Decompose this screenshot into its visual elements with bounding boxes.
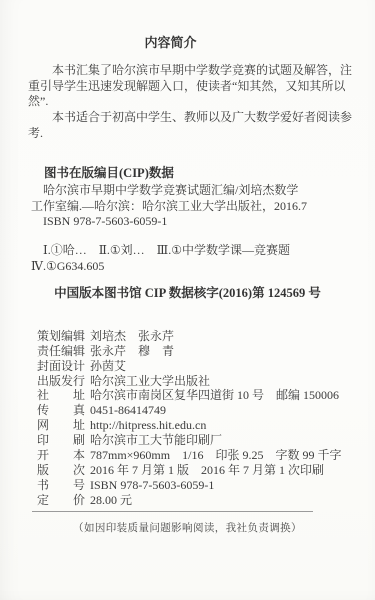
colophon-value: 刘培杰 张永芹: [90, 329, 174, 344]
colophon-value: 哈尔滨市南岗区复华四道街 10 号 邮编 150006: [90, 388, 339, 403]
colophon-value: 2016 年 7 月第 1 版 2016 年 7 月第 1 次印刷: [90, 463, 324, 478]
colophon-value: http://hitpress.hit.edu.cn: [90, 418, 206, 433]
colophon-row: 开 本 787mm×960mm 1/16 印张 9.25 字数 99 千字: [37, 448, 375, 463]
cip-header: 图书在版编目(CIP)数据: [31, 165, 375, 181]
intro-line: 重引导学生迅速发现解题入口，使读者“知其然，又知其所以: [28, 79, 375, 95]
colophon-label: 责任编辑: [37, 344, 85, 359]
cip-classification: Ⅰ.①哈… Ⅱ.①刘… Ⅲ.①中学数学课—竞赛题 Ⅳ.①G634.605: [31, 243, 375, 274]
cip-classification-line: Ⅰ.①哈… Ⅱ.①刘… Ⅲ.①中学数学课—竞赛题: [31, 243, 375, 258]
cip-classification-line: Ⅳ.①G634.605: [31, 259, 375, 274]
colophon-row: 定 价 28.00 元: [37, 493, 375, 508]
intro-paragraphs: 本书汇集了哈尔滨市早期中学数学竞赛的试题及解答，注 重引导学生迅速发现解题入口，…: [0, 63, 375, 141]
colophon-row: 版 次 2016 年 7 月第 1 版 2016 年 7 月第 1 次印刷: [37, 463, 375, 478]
colophon-row: 社 址 哈尔滨市南岗区复华四道街 10 号 邮编 150006: [37, 388, 375, 403]
colophon-value: 哈尔滨工业大学出版社: [90, 374, 210, 389]
colophon-label: 版 次: [37, 463, 85, 478]
colophon-value: 787mm×960mm 1/16 印张 9.25 字数 99 千字: [90, 448, 341, 463]
colophon-label: 书 号: [37, 478, 85, 493]
colophon-label: 网 址: [37, 418, 85, 433]
book-copyright-page: 内容简介 本书汇集了哈尔滨市早期中学数学竞赛的试题及解答，注 重引导学生迅速发现…: [0, 0, 375, 600]
intro-line: 考.: [28, 126, 375, 142]
colophon-row: 策划编辑 刘培杰 张永芹: [37, 329, 375, 344]
colophon-row: 出版发行 哈尔滨工业大学出版社: [37, 374, 375, 389]
colophon-row: 网 址 http://hitpress.hit.edu.cn: [37, 418, 375, 433]
colophon-value: 0451-86414749: [90, 403, 166, 418]
cip-line: 哈尔滨市早期中学数学竞赛试题汇编/刘培杰数学: [31, 183, 375, 198]
colophon-label: 封面设计: [37, 359, 85, 374]
cip-line: 工作室编.—哈尔滨：哈尔滨工业大学出版社，2016.7: [31, 199, 375, 214]
colophon-row: 责任编辑 张永芹 穆 青: [37, 344, 375, 359]
colophon-label: 策划编辑: [37, 329, 85, 344]
cip-bibliography: 哈尔滨市早期中学数学竞赛试题汇编/刘培杰数学 工作室编.—哈尔滨：哈尔滨工业大学…: [31, 183, 375, 229]
colophon-value: 28.00 元: [90, 493, 132, 508]
intro-line: 本书汇集了哈尔滨市早期中学数学竞赛的试题及解答，注: [28, 63, 375, 79]
colophon-row: 传 真 0451-86414749: [37, 403, 375, 418]
colophon-row: 书 号 ISBN 978-7-5603-6059-1: [37, 478, 375, 493]
colophon-value: 张永芹 穆 青: [90, 344, 174, 359]
intro-line: 然”.: [28, 94, 375, 110]
cip-line: ISBN 978-7-5603-6059-1: [31, 214, 375, 229]
cip-record-number: 中国版本图书馆 CIP 数据核字(2016)第 124569 号: [0, 286, 375, 300]
divider-rule: [32, 511, 313, 512]
colophon-value: 孙茵艾: [90, 359, 126, 374]
colophon-label: 社 址: [37, 388, 85, 403]
colophon-label: 开 本: [37, 448, 85, 463]
colophon-label: 定 价: [37, 493, 85, 508]
colophon: 策划编辑 刘培杰 张永芹 责任编辑 张永芹 穆 青 封面设计 孙茵艾 出版发行 …: [0, 329, 375, 508]
intro-line: 本书适合于初高中学生、教师以及广大数学爱好者阅读参: [28, 110, 375, 126]
colophon-value: ISBN 978-7-5603-6059-1: [90, 478, 214, 493]
colophon-label: 印 刷: [37, 433, 85, 448]
cip-data-block: 图书在版编目(CIP)数据 哈尔滨市早期中学数学竞赛试题汇编/刘培杰数学 工作室…: [0, 165, 375, 273]
colophon-row: 封面设计 孙茵艾: [37, 359, 375, 374]
colophon-value: 哈尔滨市工大节能印刷厂: [90, 433, 222, 448]
colophon-row: 印 刷 哈尔滨市工大节能印刷厂: [37, 433, 375, 448]
intro-title: 内容简介: [0, 36, 375, 50]
colophon-label: 出版发行: [37, 374, 85, 389]
quality-note: （如因印装质量问题影响阅读，我社负责调换）: [0, 522, 375, 536]
colophon-label: 传 真: [37, 403, 85, 418]
